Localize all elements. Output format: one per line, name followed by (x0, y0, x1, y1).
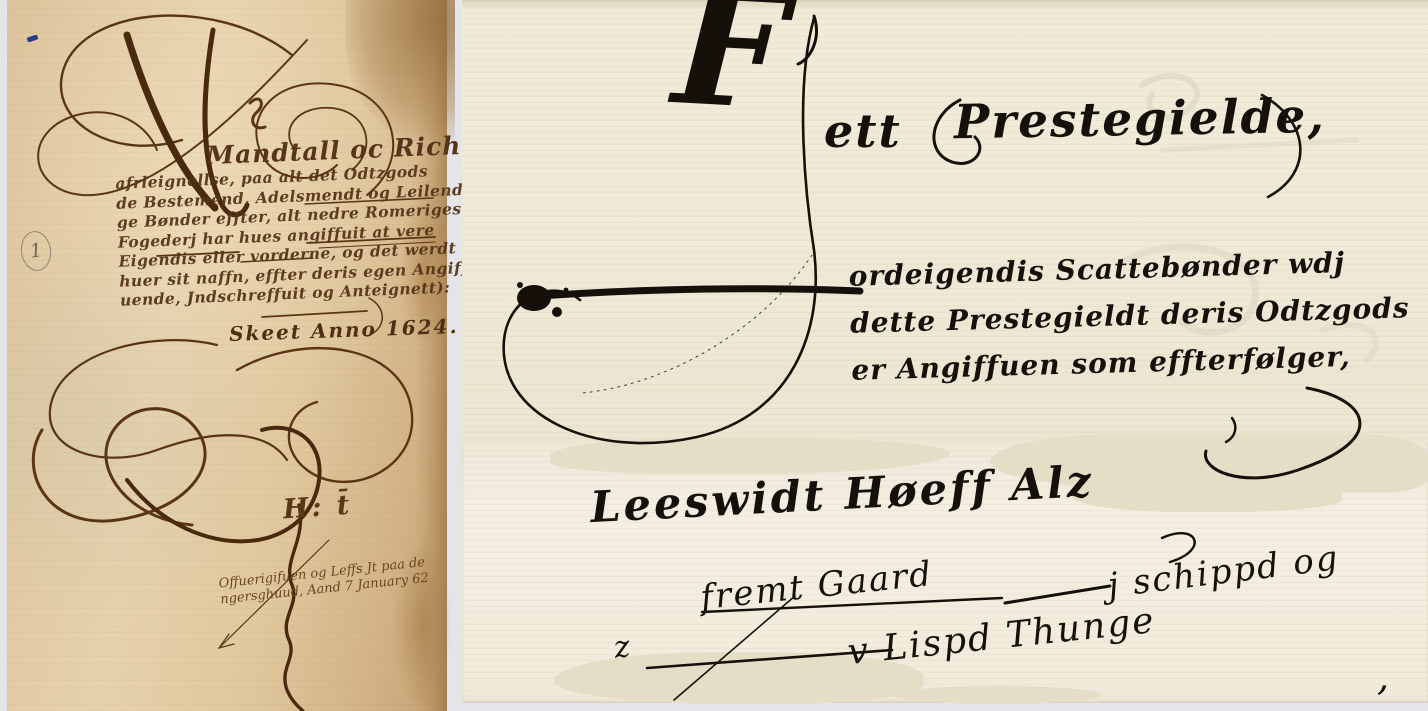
ink-mark (26, 34, 38, 42)
parchment-stain (345, 0, 455, 140)
body-text-block: ordeigendis Scattebønder wdj dette Prest… (848, 237, 1411, 394)
margin-mark: H: t̄ (282, 490, 353, 526)
page-number-value: 1 (28, 239, 43, 262)
bottom-note: Offuerigifuen og Leffs Jt paa de ngersgh… (218, 552, 460, 609)
left-manuscript-page: 1 Mandtall oc Richtig afrleignellse, paa… (7, 0, 447, 711)
header-word1-suffix: ett (824, 104, 902, 158)
date-line: Skeet Anno 1624. (229, 314, 459, 346)
page-number-annotation: 1 (18, 229, 53, 273)
manuscript-viewer: 1 Mandtall oc Richtig afrleignellse, paa… (0, 0, 1428, 711)
trailing-comma: , (1377, 655, 1389, 699)
header-initial-letter: F (670, 0, 790, 133)
torn-edge (415, 0, 447, 711)
right-manuscript-page: F ett Prestegielde, ordeigendis Scattebø… (462, 0, 1428, 703)
header-word2: Prestegielde, (954, 89, 1327, 150)
title-text-block: Mandtall oc Richtig afrleignellse, paa a… (114, 131, 460, 310)
